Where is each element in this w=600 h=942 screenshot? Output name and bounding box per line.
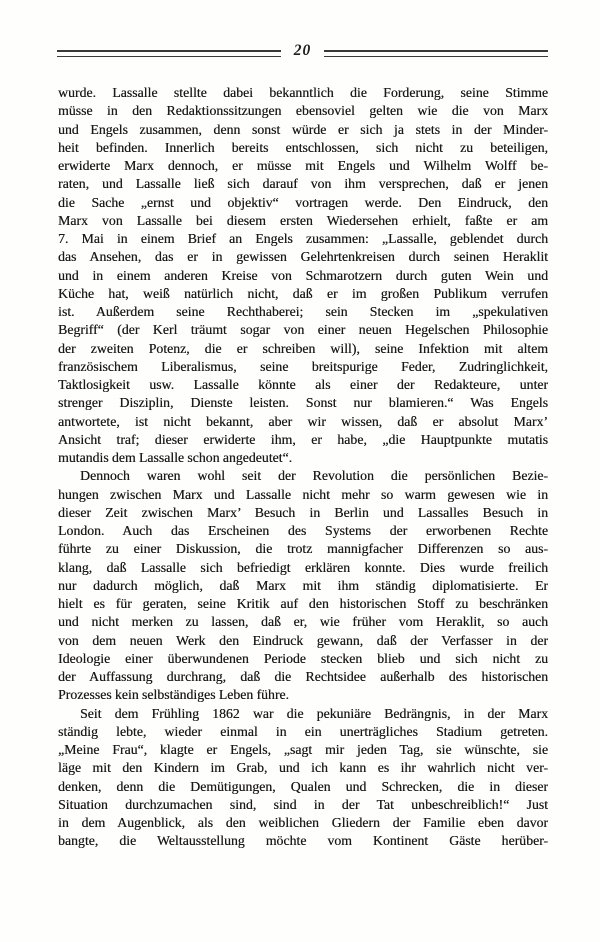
- text-line: antwortete, ist nicht bekannt, aber wir …: [58, 413, 548, 431]
- text-line: Taktlosigkeit usw. Lassalle könnte als e…: [58, 376, 548, 394]
- text-line: und nicht merken zu lassen, daß er, wie …: [58, 613, 548, 631]
- text-line: führte zu einer Diskussion, die trotz ma…: [58, 540, 548, 558]
- page-number: 20: [281, 42, 325, 60]
- text-line: müsse in den Redaktionssitzungen ebensov…: [58, 102, 548, 120]
- text-line: ständig lebte, wieder einmal in ein uner…: [58, 723, 548, 741]
- text-line: und Engels zusammen, denn sonst würde er…: [58, 121, 548, 139]
- text-line: und in einem anderen Kreise von Schmarot…: [58, 267, 548, 285]
- text-line: Ideologie einer überwundenen Periode ste…: [58, 650, 548, 668]
- text-line: der zweiten Potenz, die er schreiben wil…: [58, 340, 548, 358]
- book-page: 20 wurde. Lassalle stellte dabei bekannt…: [0, 0, 600, 942]
- header-rule-right: [324, 50, 548, 57]
- text-line: läge mit den Kindern im Grab, und ich ka…: [58, 759, 548, 777]
- text-line: strenger Disziplin, Dienste leisten. Son…: [58, 394, 548, 412]
- text-line: mutandis dem Lassalle schon angedeutet“.: [58, 449, 548, 467]
- paragraph: wurde. Lassalle stellte dabei bekanntlic…: [58, 84, 548, 467]
- text-line: hungen zwischen Marx und Lassalle nicht …: [58, 486, 548, 504]
- text-line: dieser Zeit zwischen Marx’ Besuch in Ber…: [58, 504, 548, 522]
- text-line: „Meine Frau“, klagte er Engels, „sagt mi…: [58, 741, 548, 759]
- text-line: Seit dem Frühling 1862 war die pekuniäre…: [58, 705, 548, 723]
- text-line: Küche hat, weiß natürlich nicht, daß er …: [58, 285, 548, 303]
- text-line: der Auffassung durchrang, daß die Rechts…: [58, 668, 548, 686]
- text-line: 7. Mai in einem Brief an Engels zusammen…: [58, 230, 548, 248]
- text-line: in dem Augenblick, als den weiblichen Gl…: [58, 814, 548, 832]
- text-line: französischem Liberalismus, seine breits…: [58, 358, 548, 376]
- text-line: Situation durchzumachen sind, sind in de…: [58, 796, 548, 814]
- text-line: heit befinden. Innerlich bereits entschl…: [58, 139, 548, 157]
- text-line: erwiderte Marx dennoch, er müsse mit Eng…: [58, 157, 548, 175]
- text-line: denken, denn die Demütigungen, Qualen un…: [58, 778, 548, 796]
- text-line: nur dadurch möglich, daß Marx mit ihm st…: [58, 577, 548, 595]
- text-line: Ansicht traf; dieser erwiderte ihm, er h…: [58, 431, 548, 449]
- text-line: klang, daß Lassalle sich befriedigt erkl…: [58, 559, 548, 577]
- text-line: das Ansehen, das er in gewissen Gelehrte…: [58, 248, 548, 266]
- text-line: bangte, die Weltausstellung möchte vom K…: [58, 832, 548, 850]
- text-line: Dennoch waren wohl seit der Revolution d…: [58, 467, 548, 485]
- text-line: Begriff“ (der Kerl träumt sogar von eine…: [58, 321, 548, 339]
- paragraph: Seit dem Frühling 1862 war die pekuniäre…: [58, 705, 548, 851]
- text-line: raten, und Lassalle ließ sich darauf von…: [58, 175, 548, 193]
- text-block: wurde. Lassalle stellte dabei bekanntlic…: [58, 84, 548, 851]
- text-line: wurde. Lassalle stellte dabei bekanntlic…: [58, 84, 548, 102]
- text-line: Prozesses kein selbständiges Leben führe…: [58, 686, 548, 704]
- paragraph: Dennoch waren wohl seit der Revolution d…: [58, 467, 548, 704]
- text-line: hielt es für geraten, seine Kritik auf d…: [58, 595, 548, 613]
- text-line: von dem neuen Werk den Eindruck gewann, …: [58, 632, 548, 650]
- text-line: Marx von Lassalle bei diesem ersten Wied…: [58, 212, 548, 230]
- running-header: 20: [57, 44, 548, 62]
- text-line: die Sache „ernst und objektiv“ vortragen…: [58, 194, 548, 212]
- text-line: ist. Außerdem seine Rechthaberei; sein S…: [58, 303, 548, 321]
- text-line: London. Auch das Erscheinen des Systems …: [58, 522, 548, 540]
- header-rule-left: [57, 50, 281, 57]
